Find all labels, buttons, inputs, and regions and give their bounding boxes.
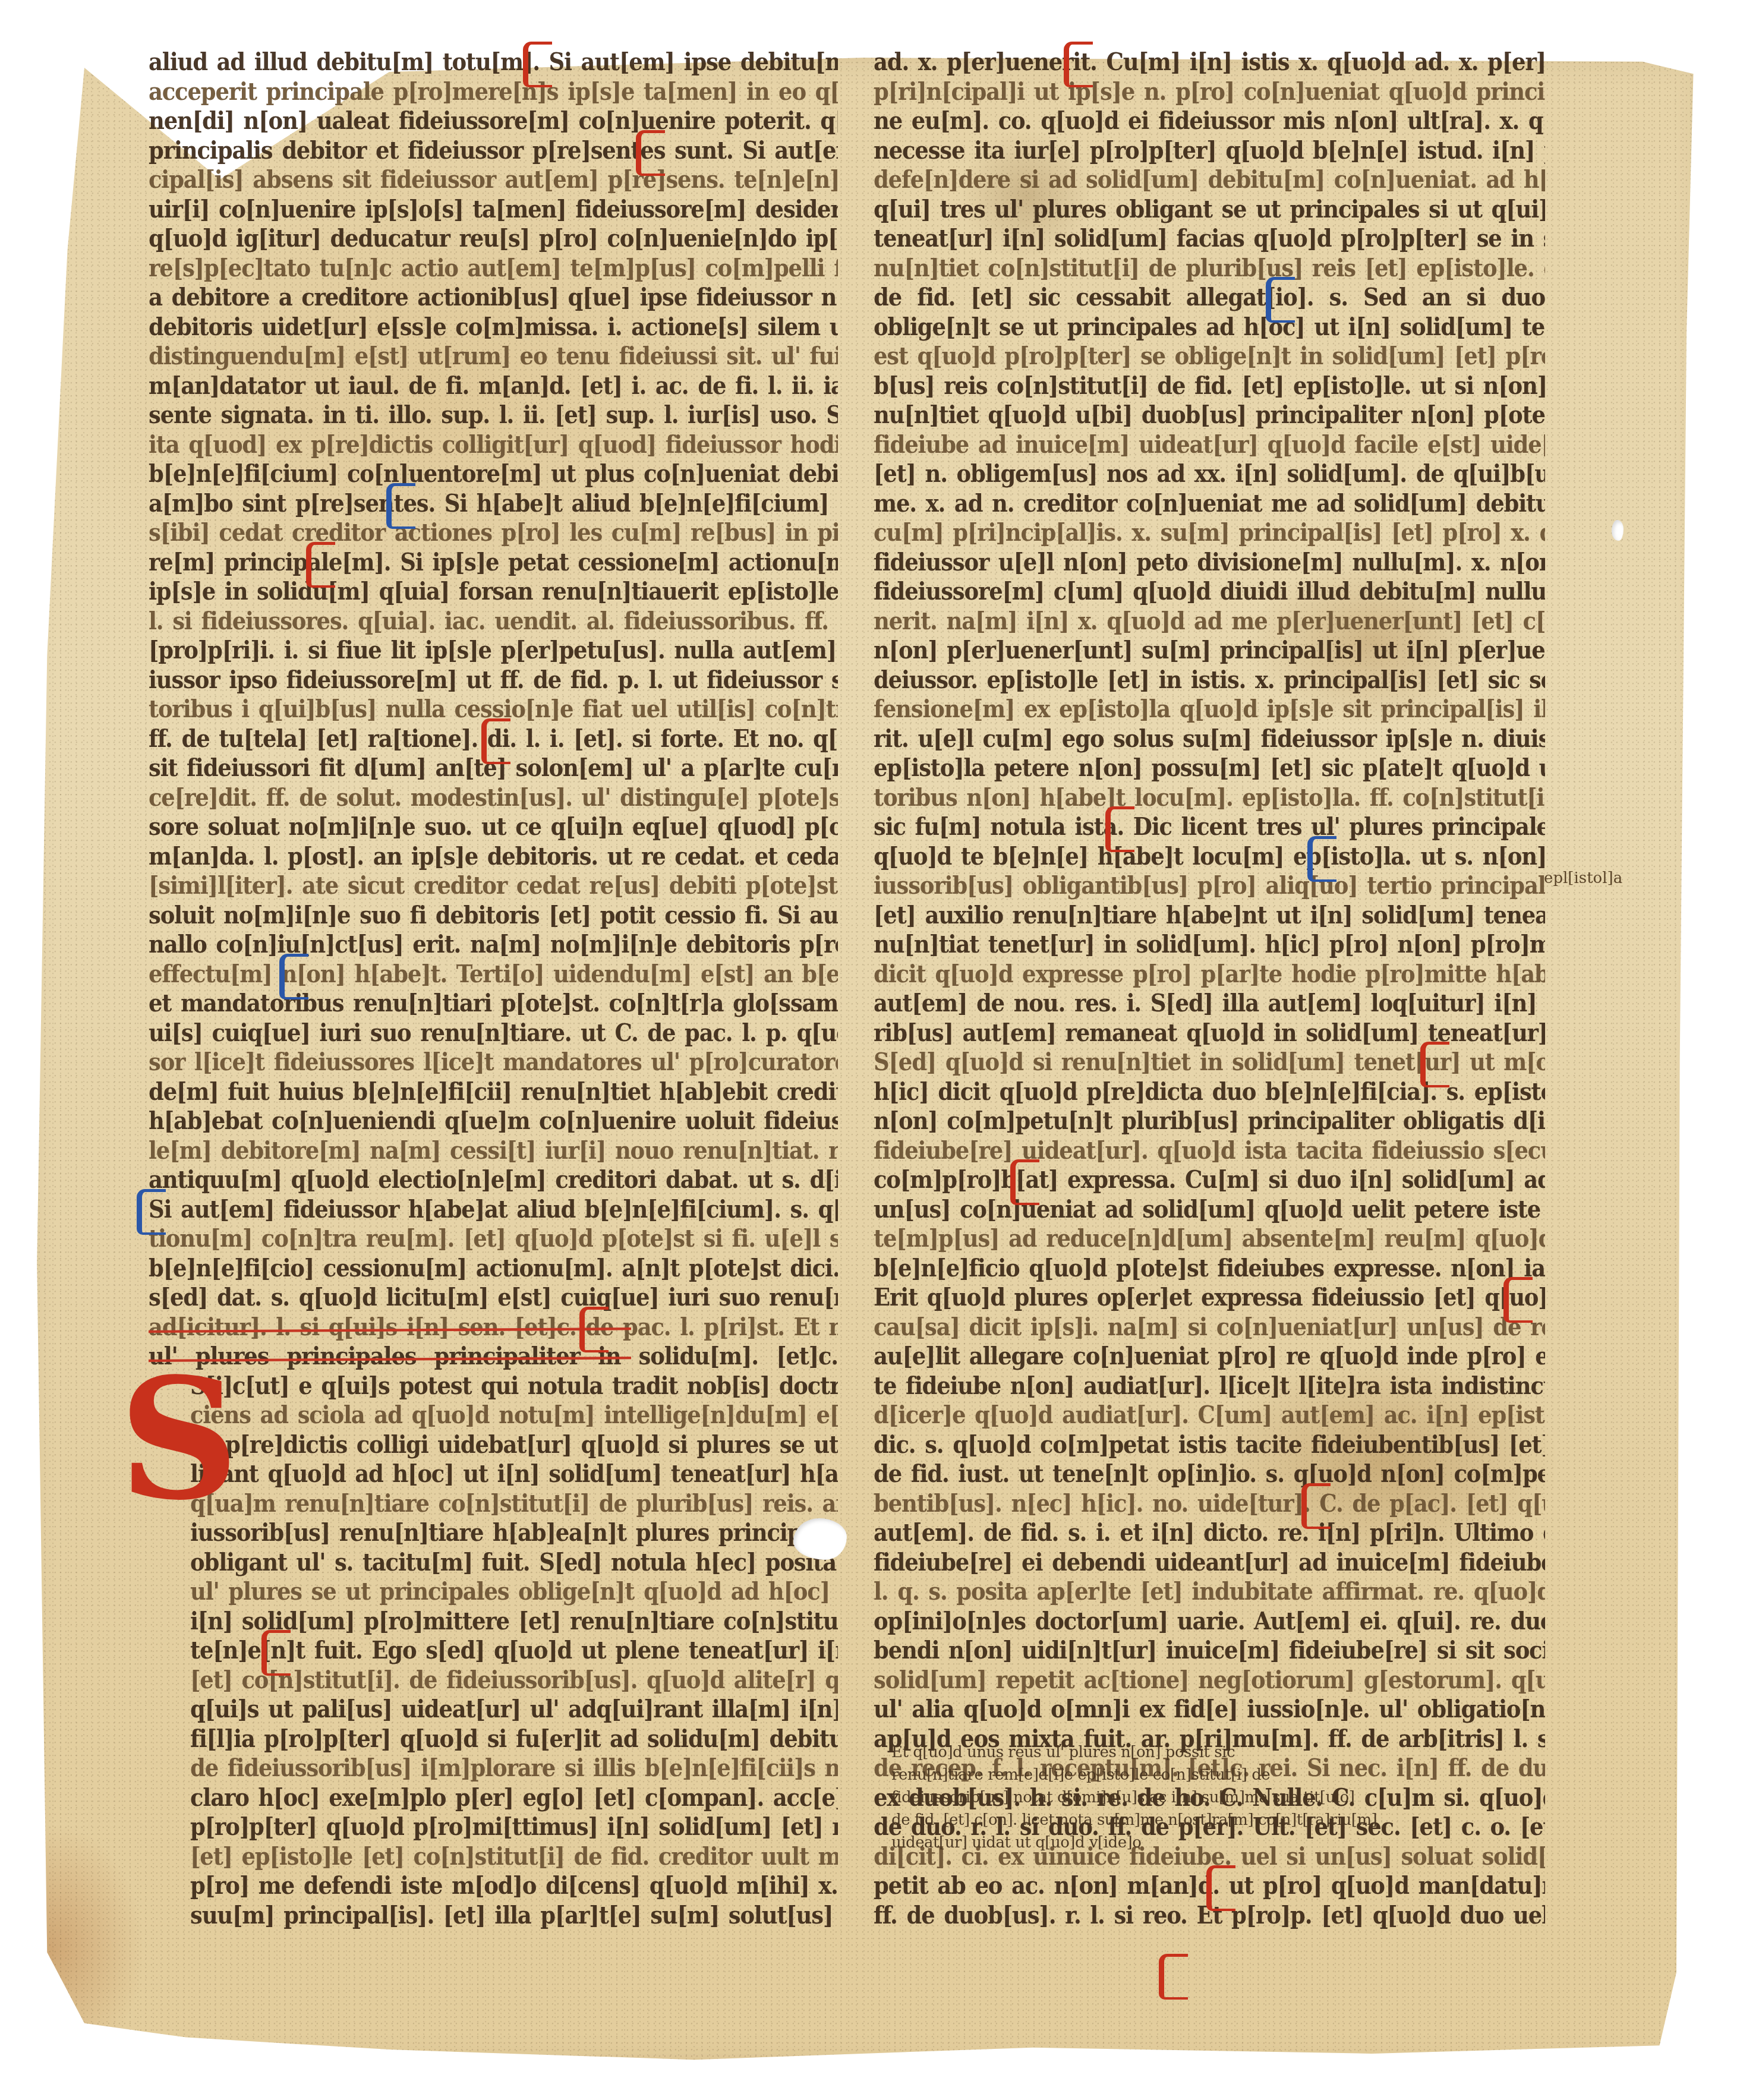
- text-line: teneat[ur] i[n] solid[um] facias q[uo]d …: [874, 222, 1545, 255]
- parchment-hole: [1612, 520, 1624, 541]
- text-line: iussorib[us] obligantib[us] p[ro] aliq[u…: [874, 869, 1545, 902]
- text-line: nu[n]tiet co[n]stitut[i] de plurib[us] r…: [874, 252, 1545, 285]
- text-line: necesse ita iur[e] p[ro]p[ter] q[uo]d b[…: [874, 134, 1545, 167]
- text-line: ita q[uod] ex p[re]dictis colligit[ur] q…: [149, 428, 838, 461]
- text-line: dicit q[uo]d expresse p[ro] p[ar]te hodi…: [874, 958, 1545, 991]
- text-line: soluit no[m]i[n]e suo fi debitoris [et] …: [149, 899, 838, 932]
- text-line: uir[i] co[n]uenire ip[s]o[s] ta[men] fid…: [149, 193, 838, 226]
- text-line: de fid. iust. ut tene[n]t op[in]io. s. q…: [874, 1458, 1545, 1490]
- text-line: sente signata. in ti. illo. sup. l. ii. …: [149, 399, 838, 431]
- red-paraph-mark: [1105, 806, 1134, 852]
- text-line: b[e]n[e]ficio q[uo]d p[ote]st fideiubes …: [874, 1252, 1545, 1285]
- text-line: fideiussore[m] c[um] q[uo]d diuidi illud…: [874, 575, 1545, 608]
- text-line: te fideiube n[on] audiat[ur]. l[ice]t l[…: [874, 1370, 1545, 1402]
- text-line: h[ab]ebat co[n]ueniendi q[ue]m co[n]ueni…: [149, 1105, 838, 1137]
- text-line: le[m] debitore[m] na[m] cessi[t] iur[i] …: [149, 1134, 838, 1167]
- text-line: cu[m] p[ri]ncip[al]is. x. su[m] principa…: [874, 516, 1545, 549]
- text-line: ul' plures principales principaliter in …: [149, 1340, 838, 1373]
- text-line: et mandatoribus renu[n]tiari p[ote]st. c…: [149, 987, 838, 1020]
- red-paraph-mark: [1420, 1042, 1449, 1087]
- text-line: q[uo]d te b[e]n[e] h[abe]t locu[m] ep[is…: [874, 840, 1545, 873]
- text-line: nu[n]tiet q[uo]d u[bi] duob[us] principa…: [874, 399, 1545, 431]
- text-line: q[ua]m renu[n]tiare co[n]stitut[i] de pl…: [190, 1487, 838, 1520]
- text-line: s[ibi] cedat creditor actiones p[ro] les…: [149, 516, 838, 549]
- text-line: a debitore a creditore actionib[us] q[ue…: [149, 281, 838, 314]
- text-line: claro h[oc] exe[m]plo p[er] eg[o] [et] c…: [190, 1781, 838, 1814]
- text-line: dic. s. q[uo]d co[m]petat istis tacite f…: [874, 1429, 1545, 1461]
- text-line: nu[n]tiat tenet[ur] in solid[um]. h[ic] …: [874, 928, 1545, 961]
- text-line: fideiube[re] ei debendi uideant[ur] ad i…: [874, 1546, 1545, 1579]
- text-line: ne eu[m]. co. q[uo]d ei fideiussor mis n…: [874, 105, 1545, 137]
- text-line: nallo co[n]iu[n]ct[us] erit. na[m] no[m]…: [149, 928, 838, 961]
- text-line: p[ro] me defendi iste m[od]o di[cens] q[…: [190, 1869, 838, 1902]
- text-line: d[icer]e q[uo]d audiat[ur]. C[um] aut[em…: [874, 1399, 1545, 1431]
- text-line: de fid. [et] sic cessabit allegat[io]. s…: [874, 281, 1545, 314]
- text-line: re[m] principale[m]. Si ip[s]e petat ces…: [149, 546, 838, 579]
- text-line: S[i]c[ut] e q[ui]s potest qui notula tra…: [190, 1370, 838, 1402]
- text-line: tionu[m] co[n]tra reu[m]. [et] q[uo]d p[…: [149, 1222, 838, 1255]
- text-line: q[ui]s ut pali[us] uideat[ur] ul' adq[ui…: [190, 1693, 838, 1726]
- text-line: au[e]lit allegare co[n]ueniat p[ro] re q…: [874, 1340, 1545, 1373]
- red-paraph-mark: [1206, 1865, 1235, 1911]
- text-line: q[uo]d ig[itur] deducatur reu[s] p[ro] c…: [149, 222, 838, 255]
- text-line: de fideiussorib[us] i[m]plorare si illis…: [190, 1752, 838, 1784]
- text-line: fensione[m] ex ep[isto]la q[uo]d ip[s]e …: [874, 693, 1545, 726]
- marginal-side-note: epl[istol]a: [1544, 869, 1622, 887]
- text-line: re[s]p[ec]tato tu[n]c actio aut[em] te[m…: [149, 252, 838, 285]
- right-text-column: ad. x. p[er]uenerit. Cu[m] i[n] istis x.…: [874, 48, 1545, 1930]
- text-line: ad[icitur]. l. si q[ui]s i[n] sen. [et]c…: [149, 1311, 838, 1344]
- blue-paraph-mark: [1266, 277, 1295, 323]
- text-line: cau[sa] dicit ip[s]i. na[m] si co[n]ueni…: [874, 1311, 1545, 1344]
- marginal-note-line: Et q[uo]d unus reus ul' plures n[on] pos…: [891, 1741, 1141, 1764]
- red-paraph-mark: [1010, 1159, 1039, 1205]
- text-line: aliud ad illud debitu[m] totu[m]. Si aut…: [149, 46, 838, 78]
- text-line: [simi]l[iter]. ate sicut creditor cedat …: [149, 869, 838, 902]
- blue-paraph-mark: [1307, 836, 1336, 882]
- text-line: oblige[n]t se ut principales ad h[oc] ut…: [874, 311, 1545, 343]
- text-line: ciens ad sciola ad q[uo]d notu[m] intell…: [190, 1399, 838, 1431]
- text-line: q[ui] tres ul' plures obligant se ut pri…: [874, 193, 1545, 226]
- marginal-note-line: de fid. [et] c[on]. licet nota su[m]me n…: [891, 1809, 1141, 1831]
- red-paraph-mark: [1159, 1954, 1188, 2000]
- text-line: b[us] reis co[n]stitut[i] de fid. [et] e…: [874, 370, 1545, 402]
- text-line: [pro]p[ri]i. i. si fiue lit ip[s]e p[er]…: [149, 634, 838, 667]
- text-line: aut[em] de nou. res. i. S[ed] illa aut[e…: [874, 987, 1545, 1020]
- text-line: ad. x. p[er]uenerit. Cu[m] i[n] istis x.…: [874, 46, 1545, 78]
- text-line: solid[um] repetit ac[tione] neg[otiorum]…: [874, 1664, 1545, 1697]
- blue-paraph-mark: [279, 954, 308, 999]
- text-line: bentib[us]. n[ec] h[ic]. no. uide[tur]. …: [874, 1487, 1545, 1520]
- text-line: l. si fideiussores. q[uia]. iac. uendit.…: [149, 605, 838, 638]
- text-line: effectu[m] n[on] h[abe]t. Terti[o] uiden…: [149, 958, 838, 991]
- text-line: p[ro]p[ter] q[uo]d p[ro]mi[ttimus] i[n] …: [190, 1811, 838, 1843]
- red-initial-s: S: [119, 1360, 172, 1520]
- text-line: b[e]n[e]fi[cium] co[n]uentore[m] ut plus…: [149, 458, 838, 490]
- text-line: [et] ep[isto]le [et] co[n]stitut[i] de f…: [190, 1840, 838, 1873]
- text-line: cipal[is] absens sit fideiussor aut[em] …: [149, 163, 838, 196]
- text-line: l. q. s. posita ap[er]te [et] indubitate…: [874, 1575, 1545, 1608]
- text-line: suu[m] principal[is]. [et] illa p[ar]t[e…: [190, 1899, 838, 1932]
- text-line: nerit. na[m] i[n] x. q[uo]d ad me p[er]u…: [874, 605, 1545, 638]
- text-line: toribus n[on] h[abe]t locu[m]. ep[isto]l…: [874, 781, 1545, 814]
- text-line: a[m]bo sint p[re]sentes. Si h[abe]t aliu…: [149, 487, 838, 520]
- text-line: nen[di] n[on] ualeat fideiussore[m] co[n…: [149, 105, 838, 137]
- text-line: Si aut[em] fideiussor h[abe]at aliud b[e…: [149, 1193, 838, 1226]
- text-line: me. x. ad n. creditor co[n]ueniat me ad …: [874, 487, 1545, 520]
- text-line: ep[isto]la petere n[on] possu[m] [et] si…: [874, 752, 1545, 784]
- text-line: ip[s]e in solidu[m] q[uia] forsan renu[n…: [149, 575, 838, 608]
- parchment-hole: [793, 1518, 847, 1560]
- text-line: iussor ipso fideiussore[m] ut ff. de fid…: [149, 664, 838, 696]
- blue-paraph-mark: [137, 1189, 166, 1235]
- marginal-note-line: fideiussorib[us] notat d[omi]n[u]s ac i[…: [891, 1786, 1141, 1809]
- red-paraph-mark: [306, 542, 335, 588]
- text-line: bendi n[on] uidi[n]t[ur] inuice[m] fidei…: [874, 1634, 1545, 1667]
- text-line: sore soluat no[m]i[n]e suo. ut ce q[ui]n…: [149, 811, 838, 843]
- red-paraph-mark: [481, 718, 510, 764]
- text-line: debitoris uidet[ur] e[ss]e co[m]missa. i…: [149, 311, 838, 343]
- text-line: obligant ul' s. tacitu[m] fuit. S[ed] no…: [190, 1546, 838, 1579]
- text-line: ul' alia q[uo]d o[mn]i ex fid[e] iussio[…: [874, 1693, 1545, 1726]
- text-line: fideiube ad inuice[m] uideat[ur] q[uo]d …: [874, 428, 1545, 461]
- text-line: acceperit principale p[ro]mere[n]s ip[s]…: [149, 75, 838, 108]
- text-line: ui[s] cuiq[ue] iuri suo renu[n]tiare. ut…: [149, 1017, 838, 1049]
- text-line: sic fu[m] notula ista. Dic licent tres u…: [874, 811, 1545, 843]
- text-line: est q[uo]d p[ro]p[ter] se oblige[n]t in …: [874, 340, 1545, 373]
- red-paraph-mark: [636, 130, 665, 176]
- red-paraph-mark: [1301, 1483, 1331, 1529]
- text-line: p[ri]n[cipal]i ut ip[s]e n. p[ro] co[n]u…: [874, 75, 1545, 108]
- section-after-initial: S[i]c[ut] e q[ui]s potest qui notula tra…: [149, 1371, 838, 1931]
- text-line: [et] auxilio renu[n]tiare h[abe]nt ut i[…: [874, 899, 1545, 932]
- text-line: un[us] co[n]ueniat ad solid[um] q[uo]d u…: [874, 1193, 1545, 1226]
- text-line: ligant q[uo]d ad h[oc] ut i[n] solid[um]…: [190, 1458, 838, 1490]
- text-line: n[on] co[m]petu[n]t plurib[us] principal…: [874, 1105, 1545, 1137]
- text-line: m[an]da. l. p[ost]. an ip[s]e debitoris.…: [149, 840, 838, 873]
- text-line: distinguendu[m] e[st] ut[rum] eo tenu fi…: [149, 340, 838, 373]
- text-line: n[on] p[er]uener[unt] su[m] principal[is…: [874, 634, 1545, 667]
- text-line: s[ed] dat. s. q[uo]d licitu[m] e[st] cui…: [149, 1281, 838, 1314]
- text-line: [et] n. obligem[us] nos ad xx. i[n] soli…: [874, 458, 1545, 490]
- text-line: fideiussor u[e]l n[on] peto divisione[m]…: [874, 546, 1545, 579]
- text-line: op[ini]o[n]es doctor[um] uarie. Aut[em] …: [874, 1605, 1545, 1638]
- marginal-note-line: uideat[ur] uidat ut q[uo]d v[ide]o: [891, 1831, 1141, 1854]
- text-line: defe[n]dere si ad solid[um] debitu[m] co…: [874, 163, 1545, 196]
- marginal-note: Et q[uo]d unus reus ul' plures n[on] pos…: [891, 1741, 1141, 1854]
- text-line: sor l[ice]t fideiussores l[ice]t mandato…: [149, 1046, 838, 1079]
- text-line: fi[l]ia p[ro]p[ter] q[uo]d si fu[er]it a…: [190, 1723, 838, 1755]
- text-line: m[an]datator ut iaul. de fi. m[an]d. [et…: [149, 370, 838, 402]
- marginal-note-line: renu[n]tiare rem[e]d[i]e ep[isto]le co[n…: [891, 1764, 1141, 1786]
- text-line: iussorib[us] renu[n]tiare h[ab]ea[n]t pl…: [190, 1516, 838, 1549]
- text-line: ce[re]dit. ff. de solut. modestin[us]. u…: [149, 781, 838, 814]
- text-line: aut[em]. de fid. s. i. et i[n] dicto. re…: [874, 1516, 1545, 1549]
- text-line: principalis debitor et fideiussor p[re]s…: [149, 134, 838, 167]
- blue-paraph-mark: [386, 483, 415, 529]
- text-line: antiquu[m] q[uo]d electio[n]e[m] credito…: [149, 1163, 838, 1196]
- red-paraph-mark: [1064, 42, 1093, 87]
- text-line: b[e]n[e]fi[cio] cessionu[m] actionu[m]. …: [149, 1252, 838, 1285]
- red-paraph-mark: [261, 1630, 291, 1676]
- red-paraph-mark: [579, 1307, 609, 1352]
- text-line: te[m]p[us] ad reduce[n]d[um] absente[m] …: [874, 1222, 1545, 1255]
- text-line: de[m] fuit huius b[e]n[e]fi[cii] renu[n]…: [149, 1076, 838, 1108]
- left-text-column: aliud ad illud debitu[m] totu[m]. Si aut…: [149, 48, 838, 1930]
- text-line: Erit q[uo]d plures op[er]et expressa fid…: [874, 1281, 1545, 1314]
- text-line: deiussor. ep[isto]le [et] in istis. x. p…: [874, 664, 1545, 696]
- text-line: ul' plures se ut principales oblige[n]t …: [190, 1575, 838, 1608]
- red-paraph-mark: [523, 42, 552, 87]
- text-line: ex p[re]dictis colligi uidebat[ur] q[uo]…: [190, 1429, 838, 1461]
- text-line: co[m]p[ro]b[at] expressa. Cu[m] si duo i…: [874, 1163, 1545, 1196]
- red-paraph-mark: [1503, 1277, 1533, 1323]
- text-line: rit. u[e]l cu[m] ego solus su[m] fideius…: [874, 723, 1545, 755]
- text-line: fideiube[re] uideat[ur]. q[uo]d ista tac…: [874, 1134, 1545, 1167]
